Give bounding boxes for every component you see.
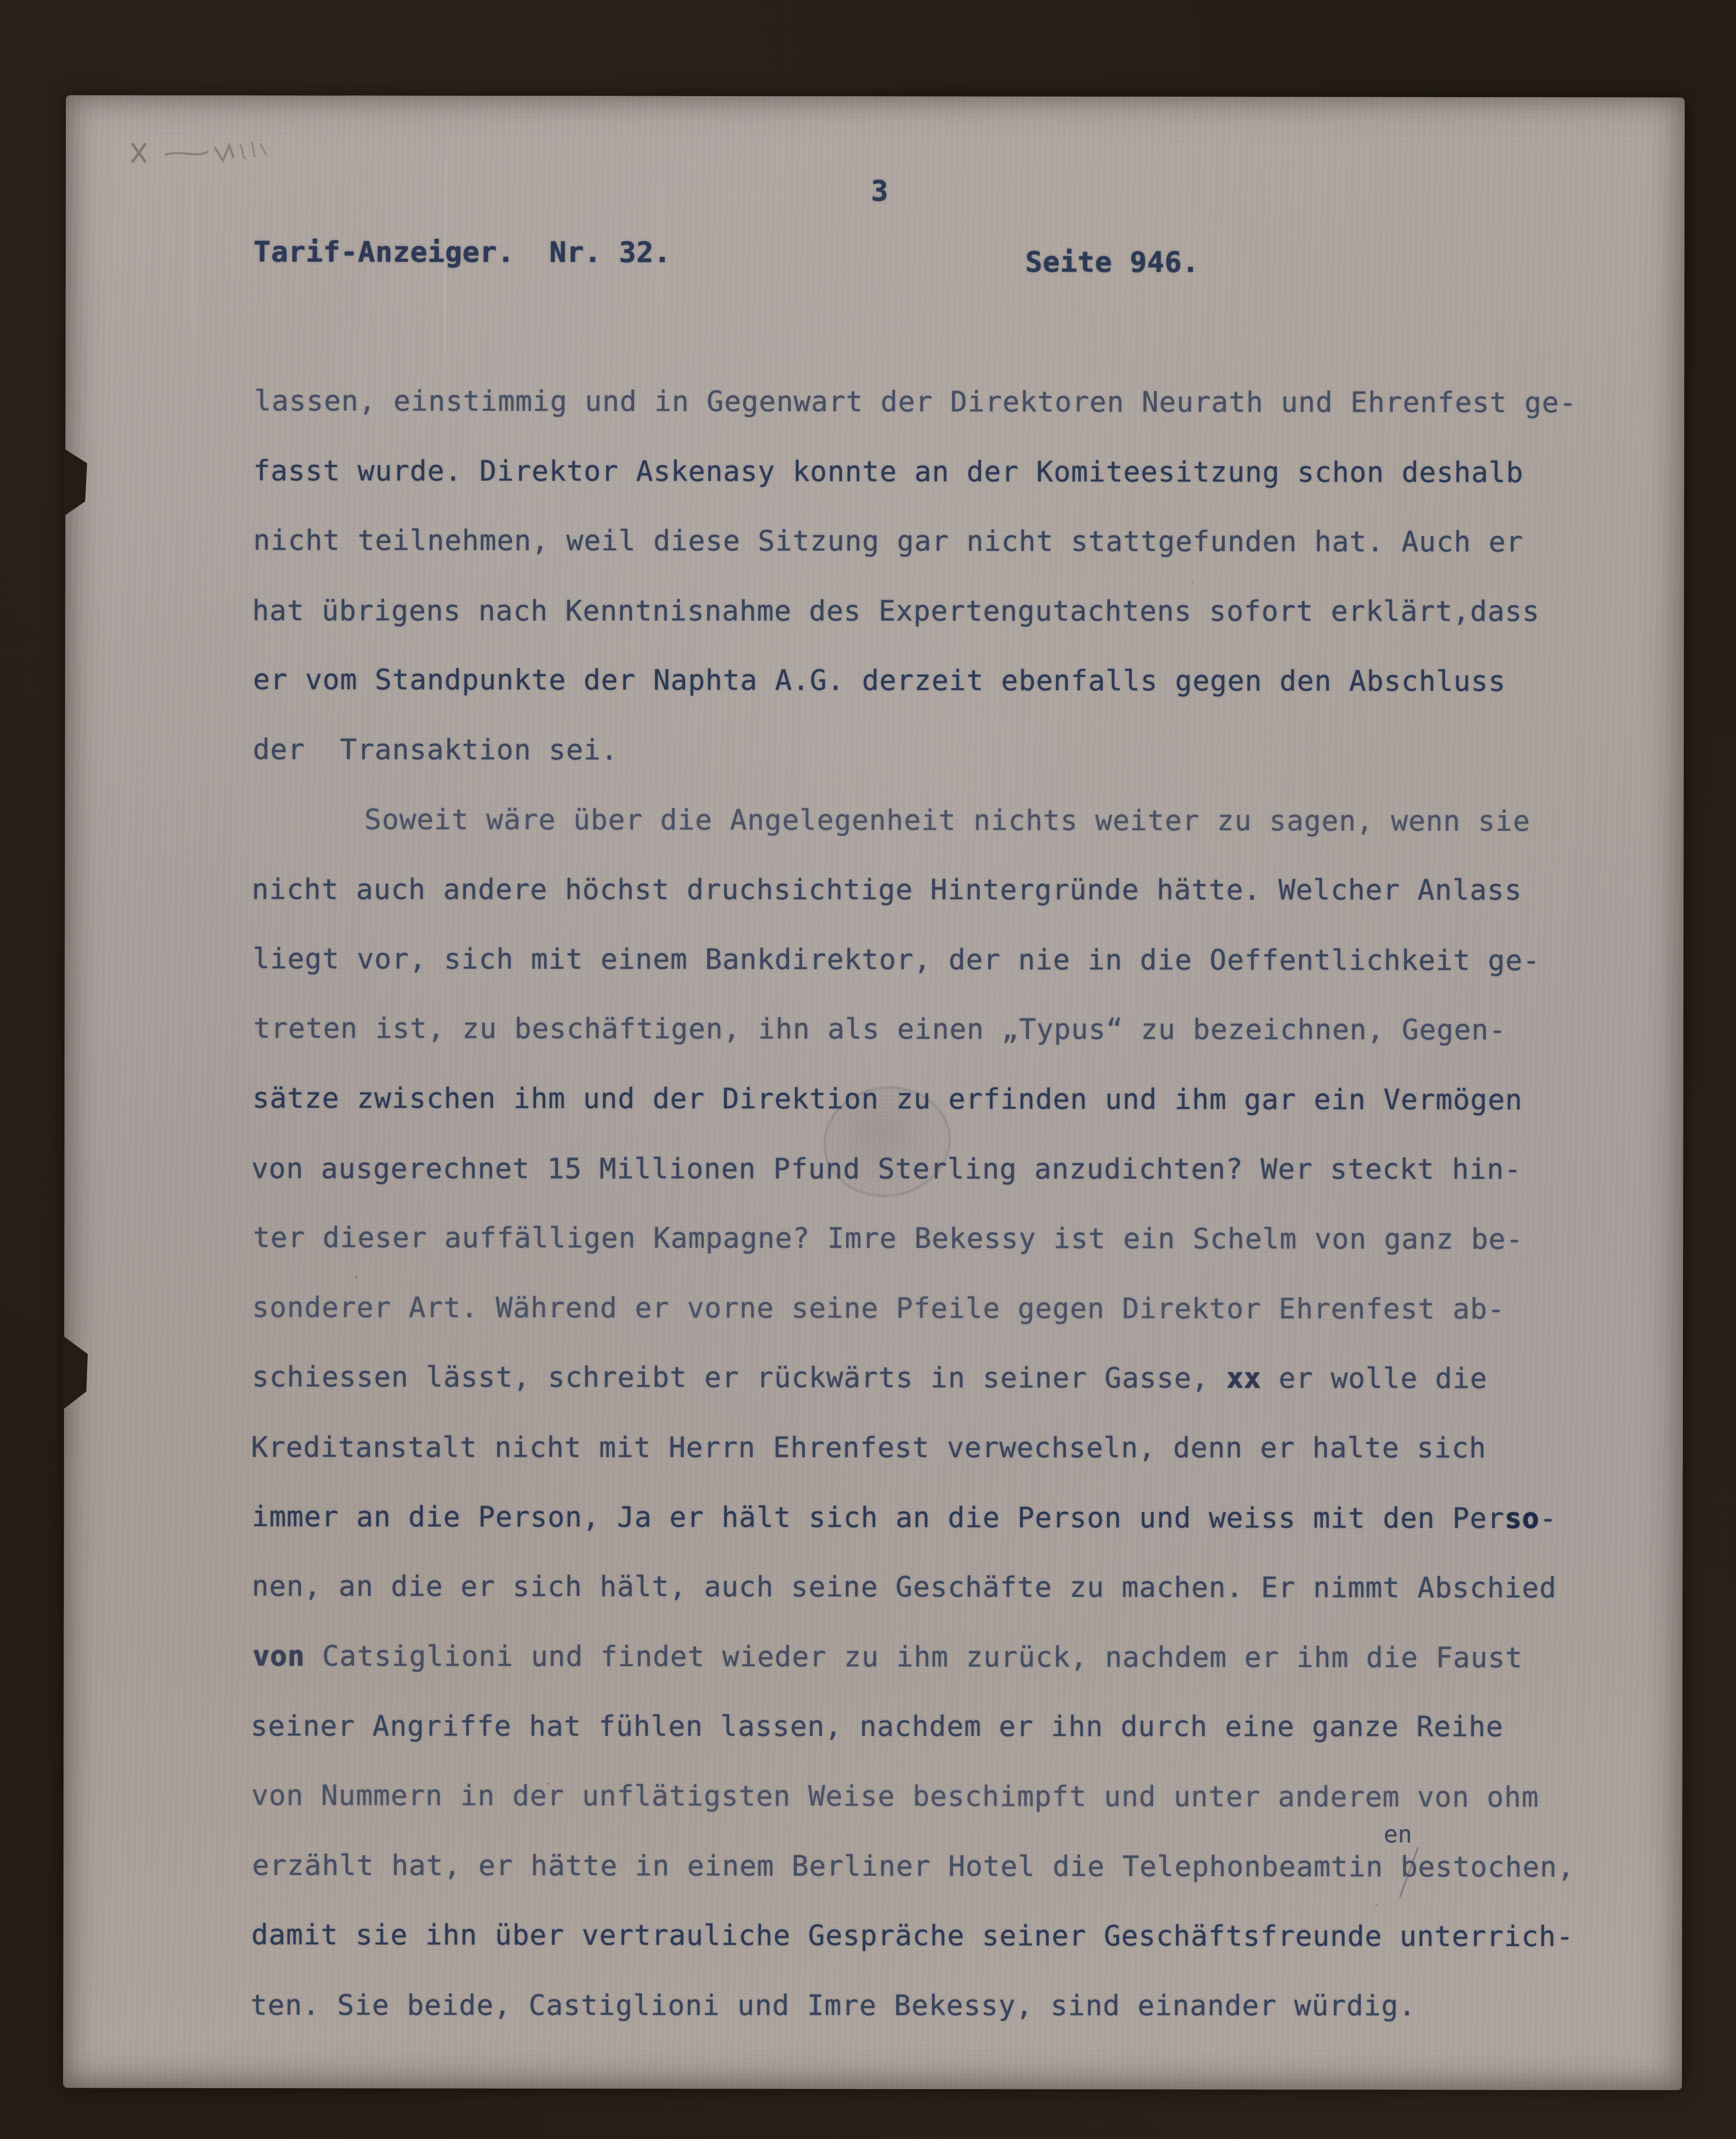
typewritten-line: er vom Standpunkte der Naphta A.G. derze…: [253, 663, 1506, 698]
text-segment: von: [252, 1639, 305, 1672]
text-segment: fasst wurde. Direktor Askenasy konnte an…: [253, 454, 1524, 489]
text-segment: sonderer Art. Während er vorne seine Pfe…: [252, 1291, 1505, 1326]
typewritten-line: schiessen lässt, schreibt er rückwärts i…: [252, 1360, 1487, 1395]
typewritten-line: von ausgerechnet 15 Millionen Pfund Ster…: [252, 1152, 1522, 1185]
page-number: 3: [871, 174, 888, 207]
text-segment: nicht teilnehmen, weil diese Sitzung gar…: [253, 523, 1524, 558]
typewritten-line: nicht teilnehmen, weil diese Sitzung gar…: [253, 523, 1524, 558]
scan-background: 3 Tarif-Anzeiger. Nr. 32. Seite 946. las…: [0, 0, 1736, 2139]
typewritten-line: Kreditanstalt nicht mit Herrn Ehrenfest …: [251, 1430, 1486, 1464]
header-page-reference: Seite 946.: [1026, 245, 1199, 279]
typewritten-line: damit sie ihn über vertrauliche Gespräch…: [251, 1918, 1573, 1953]
text-segment: schiessen lässt, schreibt er rückwärts i…: [252, 1360, 1226, 1395]
typewritten-line: sätze zwischen ihm und der Direktion zu …: [252, 1081, 1523, 1116]
text-segment: Kreditanstalt nicht mit Herrn Ehrenfest …: [251, 1430, 1486, 1464]
typewritten-line: fasst wurde. Direktor Askenasy konnte an…: [253, 454, 1524, 489]
text-segment: Soweit wäre über die Angelegenheit nicht…: [365, 803, 1530, 838]
paper-speck: [355, 1276, 357, 1278]
typewritten-line: nen, an die er sich hält, auch seine Ges…: [252, 1569, 1557, 1604]
text-segment: seiner Angriffe hat fühlen lassen, nachd…: [251, 1709, 1504, 1743]
text-segment: sätze zwischen ihm und der Direktion zu …: [252, 1081, 1523, 1116]
typewritten-line: hat übrigens nach Kenntnisnahme des Expe…: [252, 594, 1539, 627]
text-segment: treten ist, zu beschäftigen, ihn als ein…: [253, 1011, 1506, 1046]
text-segment: ter dieser auffälligen Kampagne? Imre Be…: [253, 1221, 1524, 1256]
typewritten-line: erzählt hat, er hätte in einem Berliner …: [252, 1848, 1575, 1883]
text-segment: von Nummern in der unflätigsten Weise be…: [252, 1779, 1539, 1814]
typewritten-line: ten. Sie beide, Castiglioni und Imre Bek…: [250, 1988, 1416, 2022]
text-segment: nen, an die er sich hält, auch seine Ges…: [252, 1569, 1557, 1604]
text-segment: liegt vor, sich mit einem Bankdirektor, …: [252, 942, 1540, 977]
interline-insertion: en: [1384, 1821, 1412, 1848]
text-segment: lassen, einstimmig und in Gegenwart der …: [254, 384, 1577, 419]
text-segment: so: [1504, 1502, 1539, 1535]
typewritten-line: Soweit wäre über die Angelegenheit nicht…: [365, 803, 1530, 838]
header-publication-title: Tarif-Anzeiger. Nr. 32.: [254, 235, 671, 269]
text-segment: er vom Standpunkte der Naphta A.G. derze…: [253, 663, 1506, 698]
text-segment: -: [1539, 1502, 1557, 1535]
typewritten-line: immer an die Person, Ja er hält sich an …: [252, 1500, 1557, 1535]
typewritten-line: ter dieser auffälligen Kampagne? Imre Be…: [253, 1221, 1524, 1256]
typewritten-text: lassen, einstimmig und in Gegenwart der …: [66, 95, 1685, 98]
paper-edge-tear: [62, 1336, 88, 1410]
text-segment: Catsiglioni und findet wieder zu ihm zur…: [305, 1639, 1523, 1674]
typewritten-line: seiner Angriffe hat fühlen lassen, nachd…: [251, 1709, 1504, 1743]
typewritten-line: sonderer Art. Während er vorne seine Pfe…: [252, 1291, 1505, 1326]
text-segment: von ausgerechnet 15 Millionen Pfund Ster…: [252, 1152, 1522, 1185]
text-segment: nicht auch andere höchst druchsichtige H…: [252, 872, 1522, 906]
typewritten-line: von Nummern in der unflätigsten Weise be…: [252, 1779, 1539, 1814]
text-segment: ten. Sie beide, Castiglioni und Imre Bek…: [250, 1988, 1416, 2022]
paper-speck: [1375, 1904, 1377, 1906]
pencil-scribble-icon: [126, 123, 335, 174]
typewritten-line: nicht auch andere höchst druchsichtige H…: [252, 872, 1522, 906]
text-segment: xx: [1226, 1361, 1261, 1395]
text-segment: er wolle die: [1261, 1361, 1487, 1395]
typewritten-line: von Catsiglioni und findet wieder zu ihm…: [252, 1639, 1523, 1674]
paper-speck: [1192, 582, 1194, 583]
text-segment: immer an die Person, Ja er hält sich an …: [252, 1500, 1505, 1535]
text-segment: der Transaktion sei.: [253, 733, 618, 766]
typewritten-line: lassen, einstimmig und in Gegenwart der …: [254, 384, 1577, 419]
typewritten-line: treten ist, zu beschäftigen, ihn als ein…: [253, 1011, 1506, 1046]
typewritten-line: liegt vor, sich mit einem Bankdirektor, …: [252, 942, 1540, 977]
text-segment: damit sie ihn über vertrauliche Gespräch…: [251, 1918, 1573, 1953]
paper-crease: [444, 100, 446, 509]
document-page: 3 Tarif-Anzeiger. Nr. 32. Seite 946. las…: [63, 95, 1685, 2090]
paper-edge-tear: [64, 448, 87, 517]
typewritten-line: der Transaktion sei.: [253, 733, 618, 766]
text-segment: erzählt hat, er hätte in einem Berliner …: [252, 1848, 1575, 1883]
text-segment: hat übrigens nach Kenntnisnahme des Expe…: [252, 594, 1539, 627]
